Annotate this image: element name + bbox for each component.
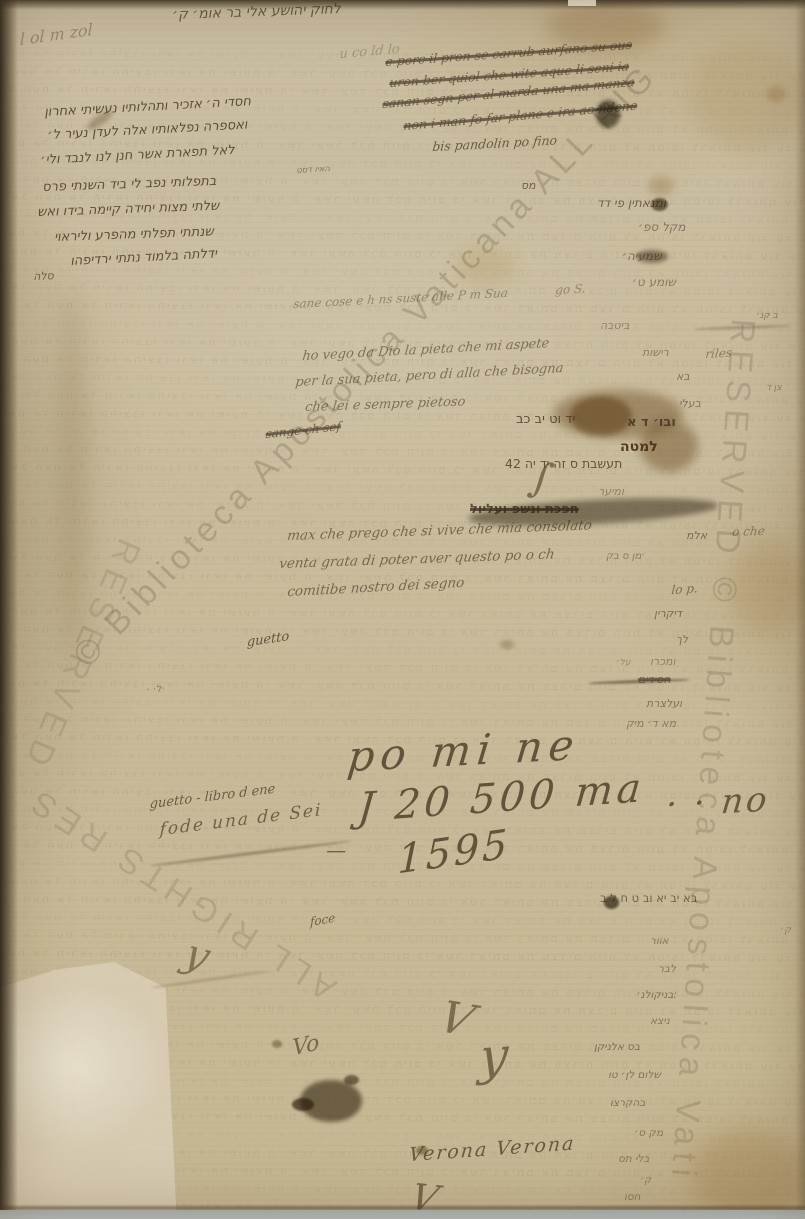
ink-blot [149, 840, 353, 868]
bleedthrough-line: ויאמר משה אל העם אל תיראו התיצבו וראו את… [0, 335, 805, 353]
ink-blot [694, 324, 790, 330]
ink-blot [651, 198, 668, 211]
big-scrawl-1: po mi ne [346, 724, 582, 778]
ink-blot [588, 678, 690, 685]
paper-stain [60, 290, 86, 670]
paper-stain [570, 396, 632, 436]
manuscript-page-scan: ויאמר משה אל העם אל תיראו התיצבו וראו את… [0, 0, 805, 1219]
ink-blot [300, 1080, 362, 1122]
bleedthrough-line: ויאמר משה אל העם אל תיראו התיצבו וראו את… [0, 425, 805, 443]
crossed-line-3: sanan segn per al marda una ma manza [382, 76, 635, 111]
bottom-col-5: בס אלניקן [594, 1042, 640, 1053]
hebrew-para-2: ואספרה נפלאותיו אלה לעדן נעיר ל׳ [47, 119, 248, 142]
right-col1-3: שמעיה׳ [622, 250, 662, 262]
mid-hebrew-faint: ומיער [598, 486, 624, 497]
bleedthrough-line: ויאמר משה אל העם אל תיראו התיצבו וראו את… [0, 227, 805, 245]
bottom-col-4: ניצא [650, 1016, 670, 1027]
bleedthrough-line: ויאמר משה אל העם אל תיראו התיצבו וראו את… [0, 47, 805, 65]
guetto-note-3: fode una de Sei [159, 802, 322, 839]
bleedthrough-line: ויאמר משה אל העם אל תיראו התיצבו וראו את… [0, 155, 805, 173]
right-col1-2: מקל ספ׳ [638, 221, 686, 233]
big-scrawl-dash: — [325, 840, 348, 860]
bleedthrough-line: ויאמר משה אל העם אל תיראו התיצבו וראו את… [6, 821, 805, 839]
top-edge-shadow [0, 0, 805, 10]
bleedthrough-line: ויאמר משה אל העם אל תיראו התיצבו וראו את… [18, 479, 805, 497]
right-col2-4: ומכרו [650, 656, 676, 667]
hebrew-para-5: שלתי מצות יחידה קיימה בידו ואש [37, 200, 219, 219]
hebrew-para-4: בתפלותי נפב לי ביד השנתי פרס [42, 175, 216, 194]
copyright-watermark-text: RESERVED © Biblioteca Apostolica Vati [663, 317, 762, 1184]
bleedthrough-line: ויאמר משה אל העם אל תיראו התיצבו וראו את… [0, 713, 805, 731]
crossed-line-5: bis pandolin po fino [432, 134, 558, 153]
italian-block2-1: max che prego che si vive che mia consol… [286, 519, 592, 543]
bleedthrough-line: ויאמר משה אל העם אל תיראו התיצבו וראו את… [18, 119, 805, 137]
hebrew-para-3: לאל תפארת אשר חנן לנו לנבד ולי׳ [40, 144, 235, 167]
bleedthrough-line: ויאמר משה אל העם אל תיראו התיצבו וראו את… [6, 461, 805, 479]
italian-block1-2: per la sua pieta, pero di alla che bisog… [295, 362, 564, 389]
paper-stain [553, 390, 683, 438]
hebrew-frag-alm: אלמ [686, 530, 707, 541]
right-col2-6: חסידים [638, 674, 671, 685]
margin-frag-2: צן ד [766, 384, 782, 393]
right-col2-3: לך [676, 634, 688, 645]
bleedthrough-line: ויאמר משה אל העם אל תיראו התיצבו וראו את… [6, 731, 805, 749]
bottom-col-2: לבר [658, 964, 676, 975]
crossed-line-2: uron ber quiol che wite aque li seni ia [389, 60, 630, 89]
bleedthrough-line: ויאמר משה אל העם אל תיראו התיצבו וראו את… [18, 839, 805, 857]
binding-edge-shadow [0, 0, 18, 1219]
margin-frag-1: ב קנ׳ [756, 312, 778, 321]
italian-block1-1: ho vego da Dio la pieta che mi aspete [302, 337, 550, 363]
ink-blot [636, 250, 668, 263]
bleedthrough-line: ויאמר משה אל העם אל תיראו התיצבו וראו את… [0, 533, 805, 551]
guetto-note-2: guetto - libro d ene [150, 783, 276, 812]
right-col2-1: lo p. [671, 582, 698, 596]
italian-faint-line: sane cose e h ns suste alle P m Sua [293, 287, 509, 310]
crossed-line-4: non i man fo far plane e ira ao ndene [403, 100, 638, 133]
italian-block1-1b: riles [705, 347, 733, 360]
italian-block2-2: venta grata di poter aver questo po o ch [278, 548, 555, 571]
paper-stain [766, 86, 786, 102]
bleedthrough-line: ויאמר משה אל העם אל תיראו התיצבו וראו את… [18, 299, 805, 317]
italian-faint-frag: go S. [555, 282, 587, 296]
mid-hebrew-nums-2: תעשבת ס זה יד יה 42 [505, 458, 622, 471]
bleedthrough-line: ויאמר משה אל העם אל תיראו התיצבו וראו את… [6, 101, 805, 119]
ink-blot [416, 1146, 428, 1155]
mid-hebrew-lamata: למטה [620, 440, 658, 454]
bleedthrough-line: ויאמר משה אל העם אל תיראו התיצבו וראו את… [0, 353, 805, 371]
bleedthrough-line: ויאמר משה אל העם אל תיראו התיצבו וראו את… [0, 587, 805, 605]
mid-crossed-heavy: חפכת ונשפ ועליול [470, 503, 579, 516]
bleedthrough-line: ויאמר משה אל העם אל תיראו התיצבו וראו את… [18, 659, 805, 677]
paper-stain [690, 40, 805, 150]
top-faint-scrawl-1: l ol m zol [20, 22, 93, 48]
hebrew-para-end: סלה [33, 270, 54, 282]
ink-blot [604, 896, 619, 909]
paper-stain [640, 420, 698, 472]
big-scrawl-2b: · · no [664, 783, 771, 823]
foce-note: foce [310, 912, 335, 929]
bleedthrough-line: ויאמר משה אל העם אל תיראו התיצבו וראו את… [0, 623, 805, 641]
ink-blot [596, 100, 620, 128]
ink-blot [468, 493, 719, 530]
bleedthrough-line: ויאמר משה אל העם אל תיראו התיצבו וראו את… [0, 875, 805, 893]
right-col1-4: שומע ט׳ [632, 276, 676, 288]
scanner-bed-strip [0, 1210, 805, 1219]
paper-stain [455, 246, 515, 286]
bleedthrough-line: ויאמר משה אל העם אל תיראו התיצבו וראו את… [0, 443, 805, 461]
bleedthrough-line: ויאמר משה אל העם אל תיראו התיצבו וראו את… [0, 173, 805, 191]
mid-hebrew-nums-1a: יד וט יב כב [516, 413, 575, 426]
bleedthrough-line: ויאמר משה אל העם אל תיראו התיצבו וראו את… [0, 695, 805, 713]
bleedthrough-line: ויאמר משה אל העם אל תיראו התיצבו וראו את… [0, 893, 805, 911]
verona-signature: Verona Verona [408, 1134, 576, 1165]
hebrew-para-note: האיו דסט [296, 165, 330, 175]
right-col2-7: ועלצרת [646, 698, 682, 709]
bleedthrough-line: ויאמר משה אל העם אל תיראו התיצבו וראו את… [0, 677, 805, 695]
bottom-col-7: בהקרצו [610, 1098, 645, 1109]
ink-blot [344, 1075, 359, 1085]
bleedthrough-line: ויאמר משה אל העם אל תיראו התיצבו וראו את… [0, 803, 805, 821]
right-col1-5: ביטבה [600, 320, 630, 331]
bleedthrough-line: ויאמר משה אל העם אל תיראו התיצבו וראו את… [18, 209, 805, 227]
top-faint-scrawl-2: u co ld lo [339, 43, 400, 61]
bleedthrough-line: ויאמר משה אל העם אל תיראו התיצבו וראו את… [0, 317, 805, 335]
right-col1-6: רישות [642, 347, 669, 358]
bleedthrough-line: ויאמר משה אל העם אל תיראו התיצבו וראו את… [0, 605, 805, 623]
crossed-line-1: e porc il pron se carrub aurfano su ous [385, 39, 633, 69]
italian-block1-3: che lei e sempre pietoso [304, 395, 466, 414]
bottom-hebrew-line: בא יב יא וב ט ח ל ב [600, 893, 697, 905]
paper-stain [730, 540, 805, 635]
hebrew-para-7: ידלתה בלמוד נתתי ירדיפהו [70, 247, 217, 268]
guetto-note-1: guetto [247, 630, 289, 649]
italian-block2-1b: o che [732, 525, 766, 538]
bleedthrough-line: ויאמר משה אל העם אל תיראו התיצבו וראו את… [0, 947, 805, 965]
hebrew-frag-mn: ׳מן ס בק [606, 552, 645, 562]
bleedthrough-line: ויאמר משה אל העם אל תיראו התיצבו וראו את… [18, 569, 805, 587]
copyright-watermark-text: © Biblioteca Apostolica Vaticana ALL RIG [66, 56, 665, 675]
right-col1-7: בא [676, 371, 690, 382]
paper-tear-notch [568, 0, 596, 6]
bottom-col-9: בלי תס [618, 1154, 649, 1165]
bleedthrough-line: ויאמר משה אל העם אל תיראו התיצבו וראו את… [6, 641, 805, 659]
right-col2-5: על׳ [616, 659, 631, 668]
right-col2-8: מא ד׳ מיק [626, 718, 676, 729]
bleedthrough-line: ויאמר משה אל העם אל תיראו התיצבו וראו את… [0, 785, 805, 803]
flourish-v1: V [433, 996, 479, 1044]
big-scrawl-3: 1595 [397, 824, 510, 880]
bottom-col-8: מק ס׳ [634, 1128, 663, 1139]
paper-stain [648, 176, 674, 196]
italian-block2-3: comitibe nostro dei segno [287, 577, 465, 600]
bleedthrough-line: ויאמר משה אל העם אל תיראו התיצבו וראו את… [6, 551, 805, 569]
bottom-col-1: אוור [650, 936, 669, 947]
mid-hebrew-nums-1b: ובו׳ ד א [627, 416, 676, 429]
flourish-int: ∫ [526, 458, 557, 499]
bleedthrough-line: ויאמר משה אל העם אל תיראו התיצבו וראו את… [0, 497, 805, 515]
right-col2-2: דיקרין [654, 608, 682, 619]
bleedthrough-line: ויאמר משה אל העם אל תיראו התיצבו וראו את… [0, 407, 805, 425]
bleedthrough-line: ויאמר משה אל העם אל תיראו התיצבו וראו את… [18, 929, 805, 947]
right-col1-8: בעלי [679, 398, 701, 409]
ink-blot [292, 1098, 314, 1111]
crossed-scribble: sange ch sef [265, 420, 341, 440]
right-edge-shadow [795, 0, 805, 1219]
bottom-col-10: ק׳ [640, 1176, 651, 1186]
bleedthrough-line: ויאמר משה אל העם אל תיראו התיצבו וראו את… [0, 137, 805, 155]
paper-stain [500, 640, 514, 649]
bottom-col-11: חסו [624, 1192, 641, 1203]
bleedthrough-line: ויאמר משה אל העם אל תיראו התיצבו וראו את… [6, 911, 805, 929]
bleedthrough-line: ויאמר משה אל העם אל תיראו התיצבו וראו את… [0, 83, 805, 101]
hebrew-para-1: חסדי ה׳ אזכיר ותהלותיו נעשיתי אחרון [44, 95, 251, 119]
ink-blot [272, 1040, 282, 1048]
flourish-y1: y [478, 1030, 511, 1082]
flourish-y2: y [178, 934, 216, 977]
bleedthrough-line: ויאמר משה אל העם אל תיראו התיצבו וראו את… [0, 245, 805, 263]
bottom-frag-q: ק׳ [780, 926, 791, 936]
bleedthrough-line: ויאמר משה אל העם אל תיראו התיצבו וראו את… [18, 389, 805, 407]
repaired-corner-patch [0, 962, 184, 1219]
bottom-col-3: בניקולנ׳: [636, 990, 677, 1001]
big-scrawl-2: J 20 500 ma [356, 768, 646, 828]
bleedthrough-line: ויאמר משה אל העם אל תיראו התיצבו וראו את… [6, 191, 805, 209]
right-col1-1: ומנאתין פי דד [597, 197, 666, 209]
bleedthrough-line: ויאמר משה אל העם אל תיראו התיצבו וראו את… [6, 281, 805, 299]
bottom-col-6: שלום לן׳ טו [608, 1070, 661, 1081]
guetto-dots: · ·ל· [146, 684, 165, 696]
ink-blot [150, 970, 269, 990]
copyright-watermark-text: RESERVED [14, 533, 148, 779]
flourish-vo: Vo [292, 1032, 320, 1060]
bleedthrough-line: ויאמר משה אל העם אל תיראו התיצבו וראו את… [18, 749, 805, 767]
bleedthrough-line: ויאמר משה אל העם אל תיראו התיצבו וראו את… [0, 515, 805, 533]
paper-stain [85, 107, 115, 132]
hebrew-para-6: שנתתי תפלתי מהפרע וליראוי [54, 225, 214, 244]
bleedthrough-line: ויאמר משה אל העם אל תיראו התיצבו וראו את… [0, 263, 805, 281]
bleedthrough-line: ויאמר משה אל העם אל תיראו התיצבו וראו את… [0, 767, 805, 785]
bleedthrough-line: ויאמר משה אל העם אל תיראו התיצבו וראו את… [0, 857, 805, 875]
bleedthrough-line: ויאמר משה אל העם אל תיראו התיצבו וראו את… [6, 371, 805, 389]
bleedthrough-line: ויאמר משה אל העם אל תיראו התיצבו וראו את… [0, 65, 805, 83]
margin-note-ms: מס [521, 180, 536, 191]
